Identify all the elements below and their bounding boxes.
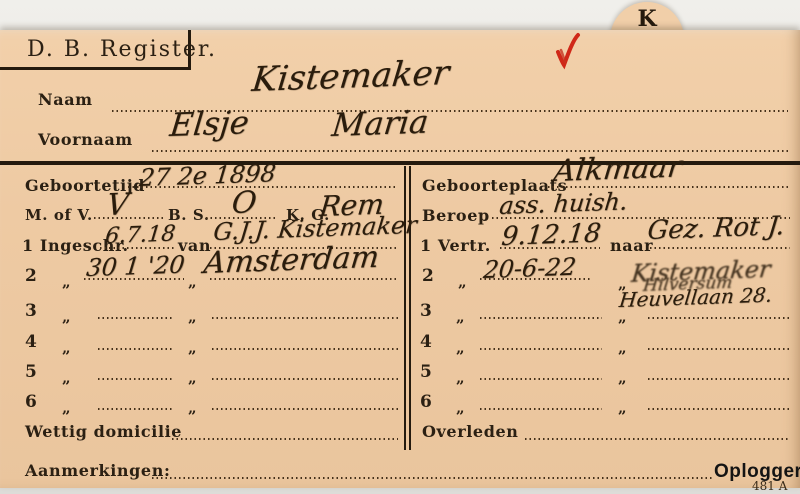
right-row4-line1 (480, 348, 602, 350)
left-row2-date: 30 1 '20 (85, 250, 186, 282)
left-row6-line2 (212, 408, 398, 410)
register-title: D. B. Register. (27, 37, 217, 62)
left-row4-line1 (98, 348, 174, 350)
vertr-label: 1 Vertr. (420, 236, 491, 255)
wettig-domicilie-label: Wettig domicilie (25, 422, 182, 441)
right-row5-num: 5 (420, 362, 432, 382)
wettig-domicilie-line (172, 438, 398, 440)
right-row4-ditto2: „ (618, 339, 627, 357)
right-row6-num: 6 (420, 392, 432, 412)
voornaam-label: Voornaam (38, 130, 133, 149)
right-row6-ditto1: „ (456, 399, 465, 417)
left-row3-num: 3 (25, 301, 37, 321)
left-row5-ditto2: „ (188, 369, 197, 387)
left-row5-num: 5 (25, 362, 37, 382)
right-row2-note3: Heuvellaan 28. (618, 283, 773, 312)
overleden-label: Overleden (422, 422, 519, 441)
beroep-value: ass. huish. (498, 187, 629, 220)
naam-value: Kistemaker (250, 53, 451, 100)
right-row3-num: 3 (420, 301, 432, 321)
right-row4-line2 (648, 348, 790, 350)
ingeschr-from: G.J.J. Kistemaker (212, 211, 418, 246)
beroep-label: Beroep (422, 206, 490, 225)
left-row5-ditto1: „ (62, 369, 71, 387)
left-row6-line1 (98, 408, 174, 410)
left-row3-ditto1: „ (62, 308, 71, 326)
right-row5-line1 (480, 378, 602, 380)
right-row3-line1 (480, 317, 602, 319)
geboorteplaats-value: Alkmaar (552, 149, 684, 189)
aanmerkingen-label: Aanmerkingen: (25, 461, 170, 480)
left-row6-ditto1: „ (62, 399, 71, 417)
left-row2-ditto1: „ (62, 273, 71, 291)
left-row5-line1 (98, 378, 174, 380)
right-row3-line2 (648, 317, 790, 319)
left-row3-line1 (98, 317, 174, 319)
right-row4-ditto1: „ (456, 339, 465, 357)
right-row2-date: 20-6-22 (482, 253, 577, 284)
right-row6-line2 (648, 408, 790, 410)
form-number: 481 A (752, 479, 787, 493)
right-row6-ditto2: „ (618, 399, 627, 417)
aanmerkingen-line (152, 477, 712, 479)
voornaam-value-2: Maria (330, 102, 430, 144)
left-row2-place: Amsterdam (202, 240, 381, 281)
left-row3-ditto2: „ (188, 308, 197, 326)
red-checkmark-icon (548, 30, 586, 78)
register-title-box: D. B. Register. (0, 30, 191, 70)
right-row3-ditto1: „ (456, 308, 465, 326)
column-divider (404, 166, 411, 450)
right-row5-ditto2: „ (618, 369, 627, 387)
vertr-to-line (650, 247, 790, 249)
left-row2-num: 2 (25, 266, 37, 286)
right-row2-num: 2 (422, 266, 434, 286)
left-row6-num: 6 (25, 392, 37, 412)
left-row4-ditto2: „ (188, 339, 197, 357)
voornaam-value-1: Elsje (168, 103, 251, 144)
mv-label: M. of V. (25, 206, 93, 224)
left-row2-ditto2: „ (188, 273, 197, 291)
overleden-line (525, 438, 790, 440)
vertr-date: 9.12.18 (500, 218, 602, 252)
vertr-to: Gez. Rot J. (646, 211, 786, 246)
left-row6-ditto2: „ (188, 399, 197, 417)
right-row2-ditto1: „ (458, 273, 467, 291)
right-row6-line1 (480, 408, 602, 410)
left-row3-line2 (212, 317, 398, 319)
left-row4-ditto1: „ (62, 339, 71, 357)
right-row5-ditto1: „ (456, 369, 465, 387)
left-row4-line2 (212, 348, 398, 350)
index-tab-letter: K (637, 6, 656, 32)
left-row5-line2 (212, 378, 398, 380)
mv-value: V (105, 187, 130, 223)
scan-background: K D. B. Register. Naam Kistemaker Voorna… (0, 0, 800, 494)
ingeschr-date: 6.7.18 (104, 221, 177, 249)
naam-label: Naam (38, 90, 93, 109)
right-row4-num: 4 (420, 332, 432, 352)
left-row4-num: 4 (25, 332, 37, 352)
voornaam-line (152, 150, 788, 152)
register-card: D. B. Register. Naam Kistemaker Voornaam… (0, 30, 800, 488)
right-row5-line2 (648, 378, 790, 380)
